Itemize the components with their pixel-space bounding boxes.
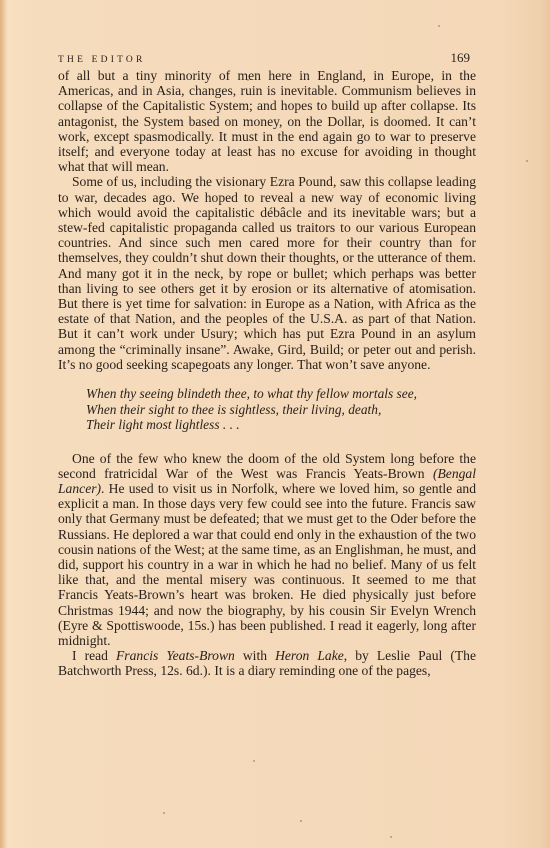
body-text: of all but a tiny minority of men here i… bbox=[58, 68, 476, 679]
paper-speck bbox=[247, 79, 249, 81]
paper-speck bbox=[438, 25, 440, 27]
paper-speck bbox=[526, 160, 528, 162]
italic-title: Heron Lake bbox=[275, 648, 344, 663]
text-run: of all but a tiny minority of men here i… bbox=[58, 68, 476, 174]
verse-line: When thy seeing blindeth thee, to what t… bbox=[86, 386, 476, 402]
page-header: THE EDITOR 169 bbox=[58, 50, 470, 66]
running-head: THE EDITOR bbox=[58, 55, 146, 65]
book-page: THE EDITOR 169 of all but a tiny minorit… bbox=[0, 0, 550, 848]
paragraphs-before-verse: of all but a tiny minority of men here i… bbox=[58, 68, 476, 372]
paper-speck bbox=[253, 760, 255, 762]
paragraph: Some of us, including the visionary Ezra… bbox=[58, 174, 476, 372]
verse-line: Their light most lightless . . . bbox=[86, 417, 476, 433]
verse-quotation: When thy seeing blindeth thee, to what t… bbox=[86, 386, 476, 433]
paragraph: One of the few who knew the doom of the … bbox=[58, 451, 476, 649]
page-number: 169 bbox=[451, 50, 471, 66]
text-run: with bbox=[235, 648, 275, 663]
paragraph: of all but a tiny minority of men here i… bbox=[58, 68, 476, 174]
text-run: One of the few who knew the doom of the … bbox=[58, 451, 476, 481]
paper-speck bbox=[390, 836, 392, 838]
verse-line: When their sight to thee is sightless, t… bbox=[86, 402, 476, 418]
paper-speck bbox=[300, 820, 302, 822]
italic-title: Francis Yeats-Brown bbox=[116, 648, 235, 663]
text-run: . He used to visit us in Norfolk, where … bbox=[58, 481, 476, 648]
paragraph: I read Francis Yeats-Brown with Heron La… bbox=[58, 648, 476, 678]
text-run: I read bbox=[72, 648, 116, 663]
text-run: Some of us, including the visionary Ezra… bbox=[58, 174, 476, 371]
paper-speck bbox=[163, 812, 165, 814]
paragraphs-after-verse: One of the few who knew the doom of the … bbox=[58, 451, 476, 679]
